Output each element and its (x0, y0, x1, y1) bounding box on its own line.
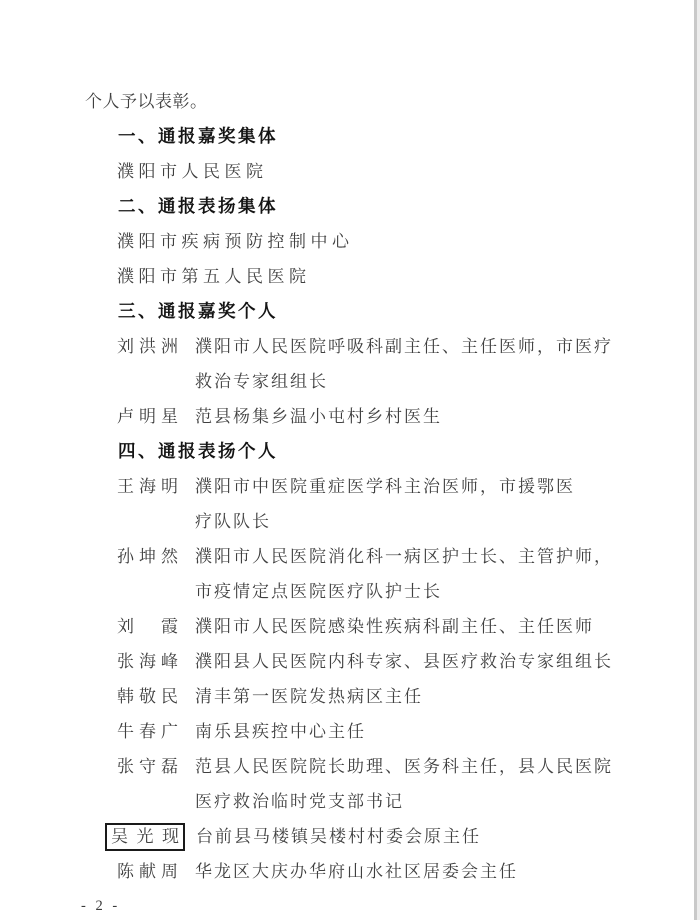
person-role: 南乐县疾控中心主任 (195, 714, 366, 749)
person-role-continuation: 市疫情定点医院医疗队护士长 (85, 574, 630, 609)
person-name: 刘 霞 (117, 609, 178, 644)
person-name: 刘洪洲 (117, 329, 178, 364)
person-role: 濮阳市人民医院呼吸科副主任、主任医师，市医疗 (195, 329, 613, 364)
person-row: 韩敬民 清丰第一医院发热病区主任 (85, 679, 630, 714)
person-name: 孙坤然 (117, 539, 178, 574)
person-row: 刘 霞 濮阳市人民医院感染性疾病科副主任、主任医师 (85, 609, 630, 644)
org-name: 濮阳市疾病预防控制中心 (85, 224, 630, 259)
section-3-heading: 三、通报嘉奖个人 (85, 294, 630, 329)
person-role: 濮阳市中医院重症医学科主治医师，市援鄂医 (195, 469, 575, 504)
org-name: 濮阳市第五人民医院 (85, 259, 630, 294)
person-role: 濮阳市人民医院消化科一病区护士长、主管护师， (195, 539, 613, 574)
section-4-heading: 四、通报表扬个人 (85, 434, 630, 469)
person-row: 张守磊 范县人民医院院长助理、医务科主任，县人民医院 (85, 749, 630, 784)
person-role: 范县人民医院院长助理、医务科主任，县人民医院 (195, 749, 613, 784)
person-name: 王海明 (117, 469, 178, 504)
person-row: 孙坤然 濮阳市人民医院消化科一病区护士长、主管护师， (85, 539, 630, 574)
person-role: 濮阳市人民医院感染性疾病科副主任、主任医师 (195, 609, 594, 644)
person-role-continuation: 疗队队长 (85, 504, 630, 539)
org-name: 濮阳市人民医院 (85, 154, 630, 189)
person-role: 台前县马楼镇吴楼村村委会原主任 (196, 819, 481, 854)
person-name: 韩敬民 (117, 679, 178, 714)
person-row: 吴光现 台前县马楼镇吴楼村村委会原主任 (85, 819, 630, 854)
document-page: 个人予以表彰。 一、通报嘉奖集体 濮阳市人民医院 二、通报表扬集体 濮阳市疾病预… (0, 0, 700, 920)
person-name: 张守磊 (117, 749, 178, 784)
person-role-continuation: 救治专家组组长 (85, 364, 630, 399)
person-name: 牛春广 (117, 714, 178, 749)
person-name: 陈献周 (117, 854, 178, 889)
person-role: 华龙区大庆办华府山水社区居委会主任 (195, 854, 518, 889)
person-row: 牛春广 南乐县疾控中心主任 (85, 714, 630, 749)
person-row: 陈献周 华龙区大庆办华府山水社区居委会主任 (85, 854, 630, 889)
person-row: 王海明 濮阳市中医院重症医学科主治医师，市援鄂医 (85, 469, 630, 504)
person-role: 濮阳县人民医院内科专家、县医疗救治专家组组长 (195, 644, 613, 679)
person-row: 刘洪洲 濮阳市人民医院呼吸科副主任、主任医师，市医疗 (85, 329, 630, 364)
person-name: 卢明星 (117, 399, 178, 434)
person-role-continuation: 医疗救治临时党支部书记 (85, 784, 630, 819)
person-name: 张海峰 (117, 644, 178, 679)
page-number: - 2 - (81, 889, 630, 920)
person-row: 卢明星 范县杨集乡温小屯村乡村医生 (85, 399, 630, 434)
deceased-name-box: 吴光现 (105, 823, 185, 851)
person-role: 清丰第一医院发热病区主任 (195, 679, 423, 714)
document-body: 个人予以表彰。 一、通报嘉奖集体 濮阳市人民医院 二、通报表扬集体 濮阳市疾病预… (85, 84, 630, 920)
person-role: 范县杨集乡温小屯村乡村医生 (195, 399, 442, 434)
person-row: 张海峰 濮阳县人民医院内科专家、县医疗救治专家组组长 (85, 644, 630, 679)
section-1-heading: 一、通报嘉奖集体 (85, 119, 630, 154)
section-2-heading: 二、通报表扬集体 (85, 189, 630, 224)
paragraph-continuation: 个人予以表彰。 (85, 84, 630, 119)
